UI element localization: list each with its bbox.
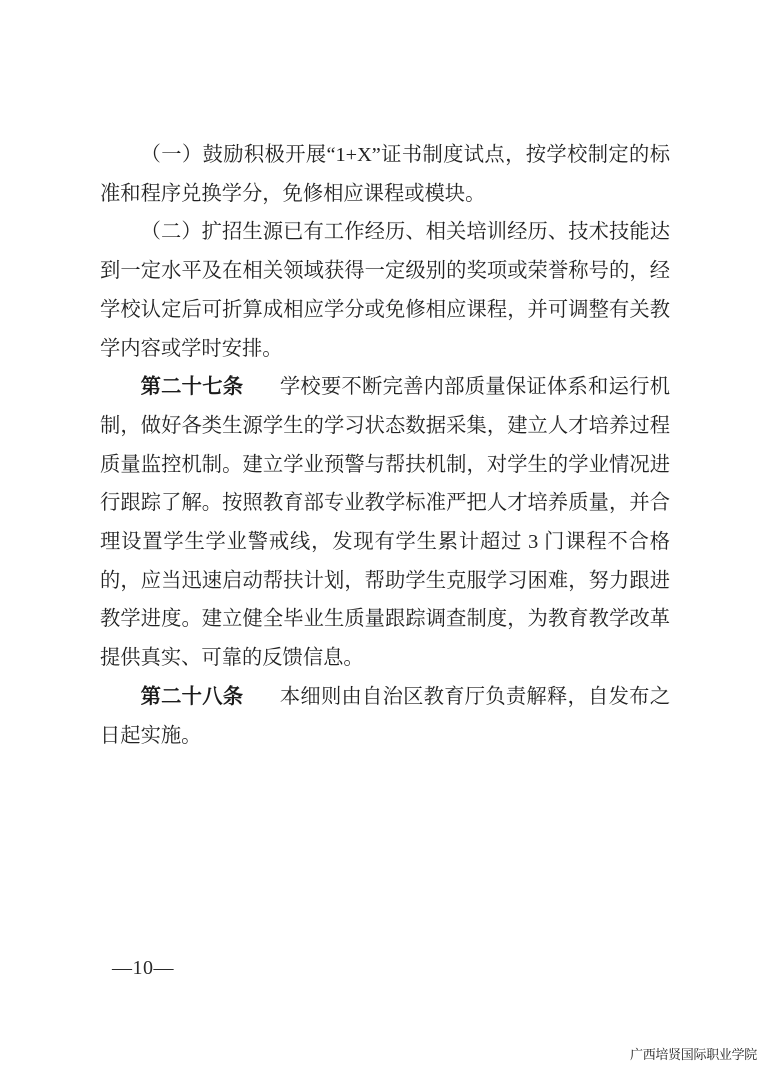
body-paragraph: （一）鼓励积极开展“1+X”证书制度试点，按学校制定的标准和程序兑换学分，免修相… [100,136,670,213]
article-paragraph: 第二十七条学校要不断完善内部质量保证体系和运行机制，做好各类生源学生的学习状态数… [100,368,670,678]
institution-watermark: 广西培贤国际职业学院 [630,1047,757,1063]
body-paragraph: （二）扩招生源已有工作经历、相关培训经历、技术技能达到一定水平及在相关领域获得一… [100,213,670,368]
article-number: 第二十七条 [141,376,280,398]
article-paragraph: 第二十八条本细则由自治区教育厅负责解释，自发布之日起实施。 [100,678,670,755]
article-number: 第二十八条 [141,686,280,708]
document-body: （一）鼓励积极开展“1+X”证书制度试点，按学校制定的标准和程序兑换学分，免修相… [100,136,670,755]
document-page: （一）鼓励积极开展“1+X”证书制度试点，按学校制定的标准和程序兑换学分，免修相… [0,0,764,1080]
page-number: —10— [112,956,174,980]
